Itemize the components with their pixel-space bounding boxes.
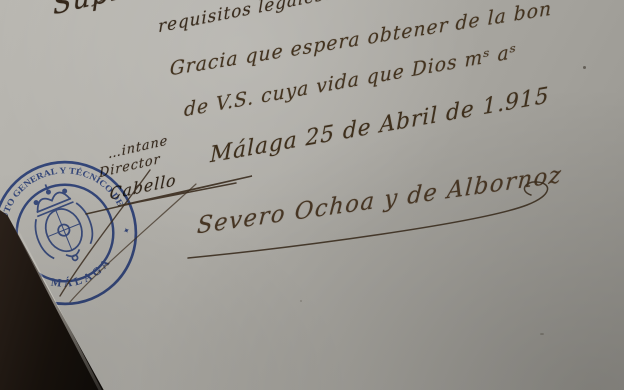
top-edge-pen-stroke bbox=[92, 0, 106, 6]
document-photo: Suplica a V.S. requisitos legales. Graci… bbox=[0, 0, 624, 390]
signature-underline-flourish bbox=[188, 182, 548, 258]
paper-speck bbox=[300, 300, 302, 302]
rubric-stroke-across-stamp-1 bbox=[60, 170, 150, 296]
ink-flourishes bbox=[0, 0, 624, 390]
rubric-stroke-across-stamp-2 bbox=[70, 184, 196, 302]
paper-speck bbox=[583, 66, 586, 69]
paper-speck bbox=[540, 333, 544, 335]
